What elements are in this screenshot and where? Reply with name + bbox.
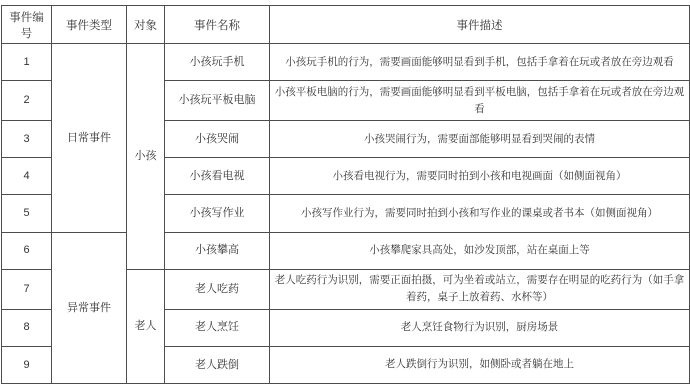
event-name-cell: 老人跌倒 <box>165 346 270 383</box>
event-id-cell: 6 <box>2 232 52 269</box>
object-cell-child: 小孩 <box>127 44 165 270</box>
event-desc-cell: 小孩哭闹行为，需要面部能够明显看到哭闹的表情 <box>270 121 690 158</box>
event-desc-cell: 老人跌倒行为识别，如侧卧或者躺在地上 <box>270 346 690 383</box>
event-desc-cell: 小孩攀爬家具高处，如沙发顶部，站在桌面上等 <box>270 232 690 269</box>
event-type-cell-abnormal: 异常事件 <box>52 232 127 383</box>
event-desc-cell: 小孩平板电脑的行为，需要画面能够明显看到平板电脑，包括手拿着在玩或者放在旁边观看 <box>270 81 690 121</box>
event-desc-cell: 小孩玩手机的行为，需要画面能够明显看到手机，包括手拿着在玩或者放在旁边观看 <box>270 44 690 81</box>
col-header-event-id: 事件编号 <box>2 6 52 44</box>
event-id-cell: 8 <box>2 309 52 346</box>
event-desc-cell: 老人吃药行为识别，需要正面拍摄，可为坐着或站立，需要存在明显的吃药行为（如手拿着… <box>270 269 690 309</box>
col-header-object: 对象 <box>127 6 165 44</box>
event-id-cell: 9 <box>2 346 52 383</box>
table-row: 1 日常事件 小孩 小孩玩手机 小孩玩手机的行为，需要画面能够明显看到手机，包括… <box>2 44 690 81</box>
event-type-cell-daily: 日常事件 <box>52 44 127 233</box>
col-header-event-type: 事件类型 <box>52 6 127 44</box>
event-id-cell: 2 <box>2 81 52 121</box>
event-desc-cell: 小孩写作业行为，需要同时拍到小孩和写作业的课桌或者书本（如侧面视角） <box>270 195 690 232</box>
event-name-cell: 小孩哭闹 <box>165 121 270 158</box>
object-cell-elder: 老人 <box>127 269 165 383</box>
col-header-event-name: 事件名称 <box>165 6 270 44</box>
event-id-cell: 3 <box>2 121 52 158</box>
event-name-cell: 小孩写作业 <box>165 195 270 232</box>
event-name-cell: 小孩玩手机 <box>165 44 270 81</box>
event-id-cell: 1 <box>2 44 52 81</box>
table-row: 6 异常事件 小孩攀高 小孩攀爬家具高处，如沙发顶部，站在桌面上等 <box>2 232 690 269</box>
event-name-cell: 小孩看电视 <box>165 158 270 195</box>
header-row: 事件编号 事件类型 对象 事件名称 事件描述 <box>2 6 690 44</box>
event-desc-cell: 老人烹饪食物行为识别，厨房场景 <box>270 309 690 346</box>
event-id-cell: 7 <box>2 269 52 309</box>
event-id-cell: 4 <box>2 158 52 195</box>
event-name-cell: 老人吃药 <box>165 269 270 309</box>
event-id-cell: 5 <box>2 195 52 232</box>
event-name-cell: 小孩攀高 <box>165 232 270 269</box>
event-name-cell: 小孩玩平板电脑 <box>165 81 270 121</box>
event-desc-cell: 小孩看电视行为，需要同时拍到小孩和电视画面（如侧面视角） <box>270 158 690 195</box>
event-name-cell: 老人烹饪 <box>165 309 270 346</box>
events-table: 事件编号 事件类型 对象 事件名称 事件描述 1 日常事件 小孩 小孩玩手机 小… <box>1 5 690 384</box>
page: 事件编号 事件类型 对象 事件名称 事件描述 1 日常事件 小孩 小孩玩手机 小… <box>0 0 690 387</box>
col-header-event-desc: 事件描述 <box>270 6 690 44</box>
